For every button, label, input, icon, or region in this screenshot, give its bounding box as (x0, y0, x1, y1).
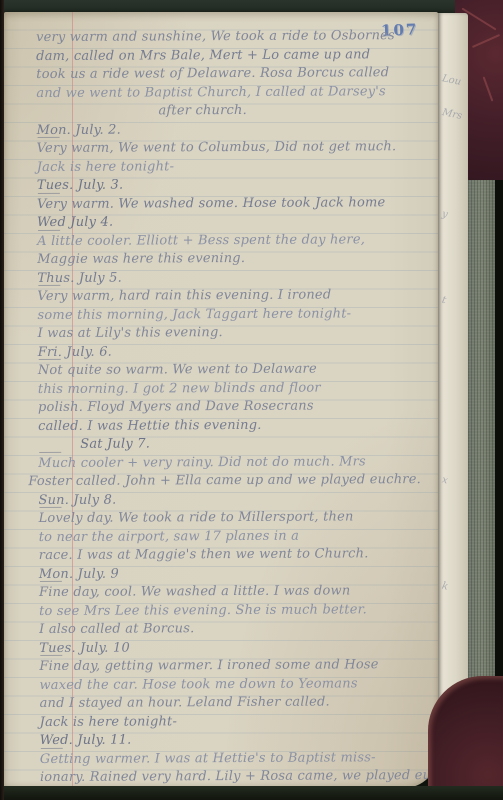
journal-line: and I stayed an hour. Leland Fisher call… (40, 693, 438, 714)
journal-line: Lovely day. We took a ride to Millerspor… (39, 508, 438, 529)
journal-line: waxed the car. Hose took me down to Yeom… (39, 674, 438, 695)
leather-crease (472, 34, 500, 48)
journal-line: some this morning, Jack Taggart here ton… (37, 304, 437, 325)
journal-line: Very warm, We went to Columbus, Did not … (37, 138, 437, 159)
journal-line: called. I was Hettie this evening. (38, 415, 438, 436)
entry-date: Fri. July. 6. (38, 341, 438, 362)
entry-date: Sun. July 8. (38, 489, 438, 510)
journal-line: Maggie was here this evening. (37, 249, 437, 270)
journal-line: this morning. I got 2 new blinds and flo… (38, 378, 438, 399)
journal-line: Getting warmer. I was at Hettie's to Bap… (40, 748, 438, 769)
entry-date: Mon. July. 9 (39, 563, 438, 584)
journal-line: Much cooler + very rainy. Did not do muc… (38, 452, 438, 473)
journal-line: Fine day, getting warmer. I ironed some … (39, 656, 438, 677)
journal-line: I was at Lily's this evening. (38, 323, 438, 344)
diary-scan: Lou Mrs y t x k 107 very warm and sunshi… (0, 0, 503, 800)
journal-line: Very warm. We washed some. Hose took Jac… (37, 193, 437, 214)
background-bottom (0, 786, 503, 800)
handwritten-text: very warm and sunshine, We took a ride t… (36, 27, 438, 788)
journal-line: polish. Floyd Myers and Dave Rosecrans (38, 397, 438, 418)
journal-line: after church. (36, 101, 436, 122)
entry-date: Tues. July. 3. (37, 175, 437, 196)
journal-line: to near the airport, saw 17 planes in a (39, 526, 438, 547)
journal-line: and we went to Baptist Church, I called … (36, 82, 436, 103)
journal-line: to see Mrs Lee this evening. She is much… (39, 600, 438, 621)
entry-date: Mon. July. 2. (37, 119, 437, 140)
edge-writing-fragment: Lou (441, 73, 462, 88)
edge-writing-fragment: Mrs (441, 107, 463, 122)
journal-line: Jack is here tonight- (37, 156, 437, 177)
journal-line: Jack is here tonight- (40, 711, 438, 732)
journal-line: I also called at Borcus. (39, 619, 438, 640)
next-page-edge: Lou Mrs y t x k (436, 13, 468, 779)
journal-line: dam, called on Mrs Bale, Mert + Lo came … (36, 45, 436, 66)
entry-date: Thus. July 5. (37, 267, 437, 288)
journal-line: Very warm, hard rain this evening. I iro… (37, 286, 437, 307)
journal-line: very warm and sunshine, We took a ride t… (36, 27, 436, 48)
journal-line: took us a ride west of Delaware. Rosa Bo… (36, 64, 436, 85)
page-left-edge (0, 0, 4, 800)
entry-date: Tues. July. 10 (39, 637, 438, 658)
edge-writing-fragment: y (441, 209, 449, 221)
edge-writing-fragment: k (441, 580, 449, 592)
entry-date: Wed July 4. (37, 212, 437, 233)
leather-crease (483, 76, 494, 101)
edge-writing-fragment: x (441, 475, 449, 487)
journal-line: Not quite so warm. We went to Delaware (38, 360, 438, 381)
entry-date: Sat July 7. (38, 434, 438, 455)
diary-page: 107 very warm and sunshine, We took a ri… (4, 12, 438, 788)
journal-line: race. I was at Maggie's then we went to … (39, 545, 438, 566)
entry-date: Wed. July. 11. (40, 730, 438, 751)
journal-line: A little cooler. Elliott + Bess spent th… (37, 230, 437, 251)
journal-line: Fine day, cool. We washed a little. I wa… (39, 582, 438, 603)
edge-writing-fragment: t (441, 295, 447, 307)
journal-line: ionary. Rained very hard. Lily + Rosa ca… (40, 767, 438, 788)
journal-line: Foster called. John + Ella came up and w… (28, 471, 438, 492)
